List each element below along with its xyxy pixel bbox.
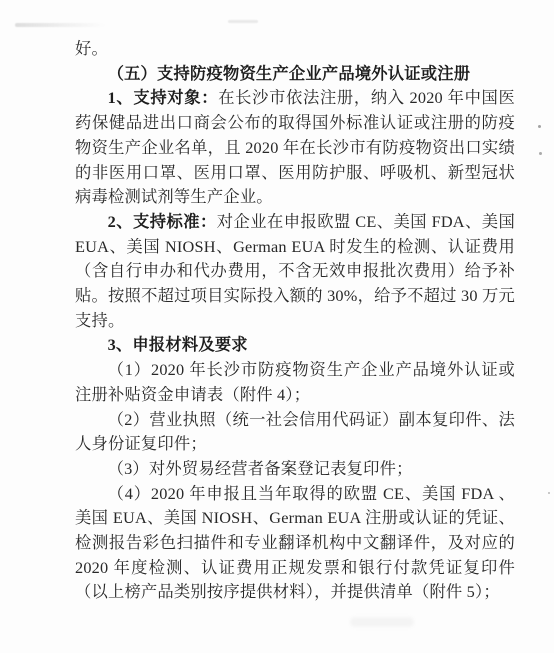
paragraph-support-standard: 2、支持标准：对企业在申报欧盟 CE、美国 FDA、美国 EUA、美国 NIOS… <box>75 210 515 334</box>
paragraph-lead: 1、支持对象： <box>108 88 219 107</box>
heading-application-materials: 3、申报材料及要求 <box>75 333 515 358</box>
list-item-trade-registration: （3）对外贸易经营者备案登记表复印件； <box>75 457 515 482</box>
scan-speck-artifact <box>548 492 550 494</box>
paragraph-support-target: 1、支持对象：在长沙市依法注册，纳入 2020 年中国医药保健品进出口商会公布的… <box>75 86 515 210</box>
list-item-business-license: （2）营业执照（统一社会信用代码证）副本复印件、法人身份证复印件； <box>75 408 515 457</box>
paragraph-text: （2）营业执照（统一社会信用代码证）副本复印件、法人身份证复印件； <box>75 410 515 454</box>
scan-smudge-artifact <box>228 20 258 23</box>
continuation-text: 好。 <box>75 37 515 62</box>
paragraph-text: （3）对外贸易经营者备案登记表复印件； <box>108 459 413 478</box>
scan-smudge-artifact <box>350 617 414 627</box>
paragraph-lead: 2、支持标准： <box>108 212 217 231</box>
paragraph-text: （4）2020 年申报且当年取得的欧盟 CE、美国 FDA 、美国 EUA、美国… <box>75 484 515 602</box>
list-item-certification-vouchers: （4）2020 年申报且当年取得的欧盟 CE、美国 FDA 、美国 EUA、美国… <box>75 482 515 606</box>
list-item-application-form: （1）2020 年长沙市防疫物资生产企业产品境外认证或注册补贴资金申请表（附件 … <box>75 358 515 407</box>
document-body: 好。 （五）支持防疫物资生产企业产品境外认证或注册 1、支持对象：在长沙市依法注… <box>75 37 515 605</box>
paragraph-lead: 3、申报材料及要求 <box>108 335 248 354</box>
paragraph-text: （1）2020 年长沙市防疫物资生产企业产品境外认证或注册补贴资金申请表（附件 … <box>75 360 515 404</box>
scan-speck-artifact <box>538 125 541 128</box>
scan-speck-artifact <box>539 152 542 155</box>
scan-smudge-artifact <box>15 23 105 27</box>
scanned-document-page: 好。 （五）支持防疫物资生产企业产品境外认证或注册 1、支持对象：在长沙市依法注… <box>0 0 554 653</box>
section-heading: （五）支持防疫物资生产企业产品境外认证或注册 <box>75 62 515 87</box>
